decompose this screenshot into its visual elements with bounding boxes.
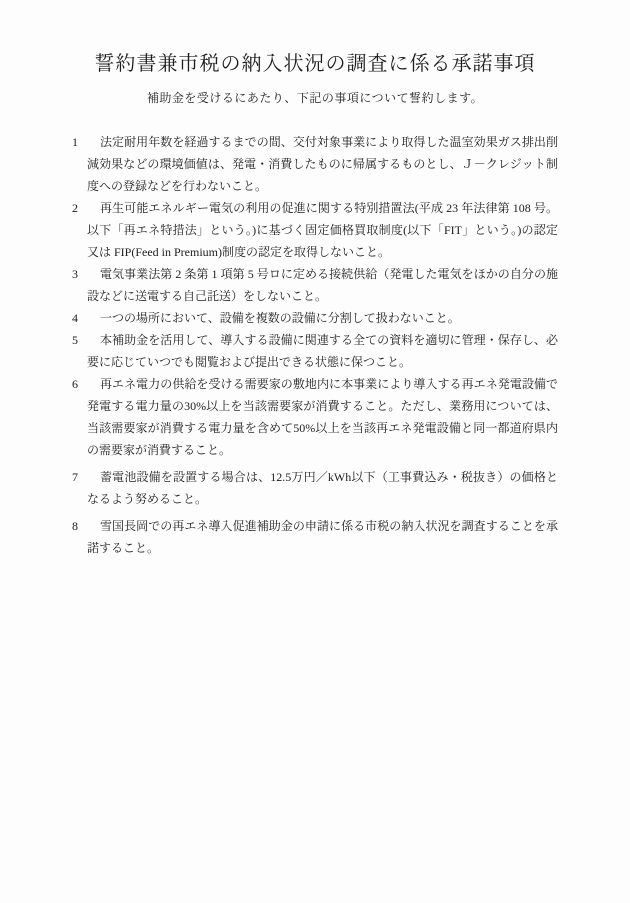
item-text: 本補助金を活用して、導入する設備に関連する全ての資料を適切に管理・保存し、必要に… <box>87 333 558 369</box>
item-text: 法定耐用年数を経過するまでの間、交付対象事業により取得した温室効果ガス排出削減効… <box>87 135 558 193</box>
list-item: 3 電気事業法第 2 条第 1 項第 5 号ロに定める接続供給（発電した電気をほ… <box>72 263 558 307</box>
list-item: 4 一つの場所において、設備を複数の設備に分割して扱わないこと。 <box>72 307 558 329</box>
item-text: 蓄電池設備を設置する場合は、12.5万円／kWh以下（工事費込み・税抜き）の価格… <box>87 470 558 506</box>
item-number: 1 <box>72 131 78 153</box>
item-number: 8 <box>72 515 78 537</box>
item-text: 電気事業法第 2 条第 1 項第 5 号ロに定める接続供給（発電した電気をほかの… <box>87 267 558 303</box>
list-item: 6 再エネ電力の供給を受ける需要家の敷地内に本事業により導入する再エネ発電設備で… <box>72 373 558 461</box>
item-text: 再エネ電力の供給を受ける需要家の敷地内に本事業により導入する再エネ発電設備で発電… <box>87 377 558 457</box>
item-number: 4 <box>72 307 78 329</box>
item-number: 2 <box>72 197 78 219</box>
item-text: 一つの場所において、設備を複数の設備に分割して扱わないこと。 <box>100 311 460 325</box>
list-item: 8 雪国長岡での再エネ導入促進補助金の申請に係る市税の納入状況を調査することを承… <box>72 515 558 559</box>
pledge-items-list: 1 法定耐用年数を経過するまでの間、交付対象事業により取得した温室効果ガス排出削… <box>72 131 558 559</box>
list-item: 7 蓄電池設備を設置する場合は、12.5万円／kWh以下（工事費込み・税抜き）の… <box>72 466 558 510</box>
item-text: 雪国長岡での再エネ導入促進補助金の申請に係る市税の納入状況を調査することを承諾す… <box>87 519 558 555</box>
list-item: 2 再生可能エネルギー電気の利用の促進に関する特別措置法(平成 23 年法律第 … <box>72 197 558 263</box>
item-number: 5 <box>72 329 78 351</box>
list-item: 5 本補助金を活用して、導入する設備に関連する全ての資料を適切に管理・保存し、必… <box>72 329 558 373</box>
page-title: 誓約書兼市税の納入状況の調査に係る承諾事項 <box>72 51 558 77</box>
document-page: 誓約書兼市税の納入状況の調査に係る承諾事項 補助金を受けるにあたり、下記の事項に… <box>0 0 630 903</box>
item-text: 再生可能エネルギー電気の利用の促進に関する特別措置法(平成 23 年法律第 10… <box>87 201 558 259</box>
item-number: 6 <box>72 373 78 395</box>
item-number: 7 <box>72 466 78 488</box>
list-item: 1 法定耐用年数を経過するまでの間、交付対象事業により取得した温室効果ガス排出削… <box>72 131 558 197</box>
page-subtitle: 補助金を受けるにあたり、下記の事項について誓約します。 <box>72 90 558 107</box>
item-number: 3 <box>72 263 78 285</box>
